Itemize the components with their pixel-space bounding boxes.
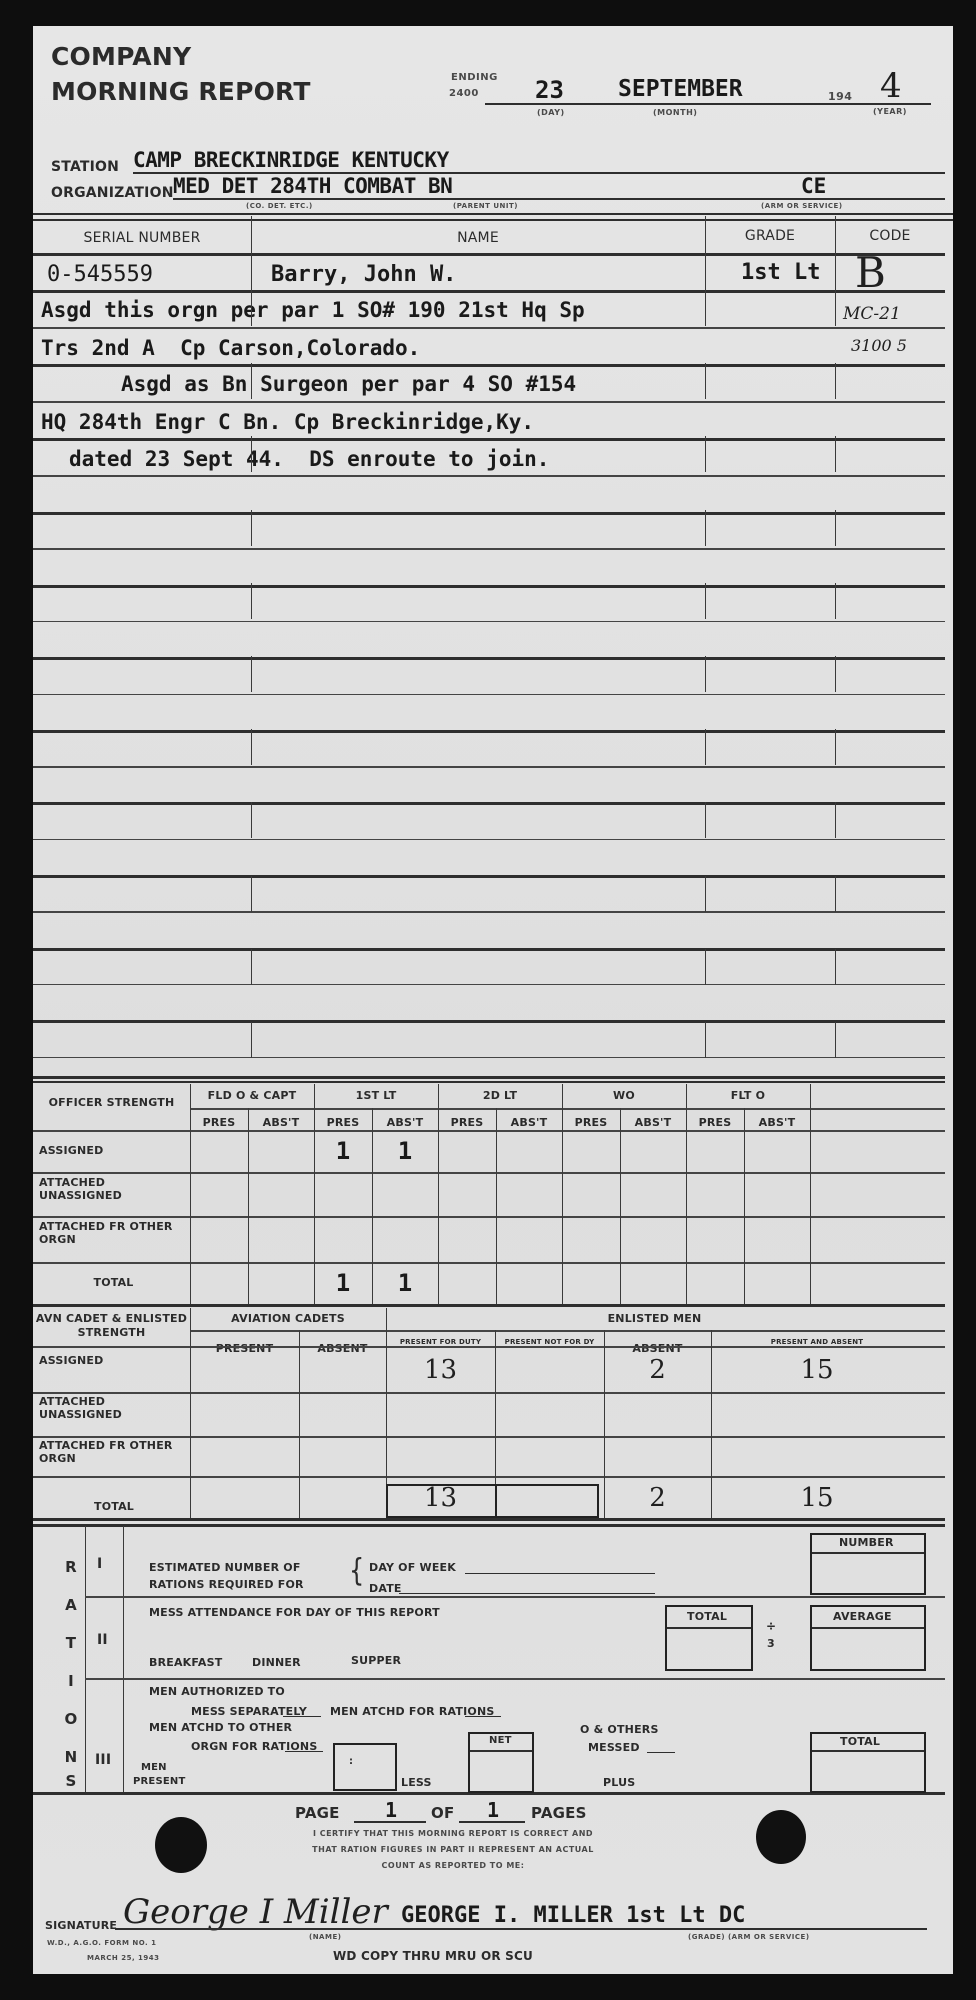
table-rule bbox=[33, 1262, 945, 1264]
arm-service-value: CE bbox=[801, 174, 826, 198]
side-letter: I bbox=[61, 1662, 81, 1700]
column-divider bbox=[835, 510, 836, 546]
day-of-week-field[interactable] bbox=[465, 1573, 655, 1574]
column-divider bbox=[248, 1108, 249, 1304]
atchd-rations-field[interactable] bbox=[465, 1716, 501, 1717]
side-letter: O bbox=[61, 1700, 81, 1738]
column-divider bbox=[705, 1022, 706, 1058]
enlisted-row-label: ASSIGNED bbox=[39, 1354, 189, 1367]
column-divider bbox=[835, 436, 836, 472]
officer-grade: 1st Lt bbox=[741, 260, 820, 285]
year-caption: (YEAR) bbox=[873, 107, 907, 116]
column-divider bbox=[705, 216, 706, 290]
organization-underline bbox=[173, 198, 945, 200]
column-divider bbox=[251, 363, 252, 399]
column-divider bbox=[251, 290, 252, 326]
ruled-line bbox=[33, 948, 945, 951]
rations-rule bbox=[85, 1596, 945, 1598]
plus-label: PLUS bbox=[603, 1776, 635, 1789]
column-divider bbox=[705, 656, 706, 692]
ruled-line bbox=[33, 766, 945, 768]
colon-mark: : bbox=[349, 1756, 353, 1767]
page-label: PAGE bbox=[295, 1804, 340, 1822]
table-rule bbox=[33, 1346, 945, 1348]
part3-text: MEN ATCHD TO OTHER bbox=[149, 1721, 292, 1734]
ruled-line bbox=[33, 730, 945, 733]
enlisted-row-label: TOTAL bbox=[39, 1500, 189, 1513]
ruled-line bbox=[33, 364, 945, 367]
ruled-line bbox=[33, 1020, 945, 1023]
ruled-line bbox=[33, 327, 945, 329]
punch-hole-right bbox=[756, 1810, 806, 1864]
signature-label: SIGNATURE bbox=[45, 1919, 117, 1932]
column-divider bbox=[705, 802, 706, 838]
morning-report-form: COMPANY MORNING REPORT ENDING 2400 23 (D… bbox=[33, 26, 953, 1974]
column-divider bbox=[835, 1022, 836, 1058]
enlisted-cell[interactable]: 2 bbox=[604, 1483, 711, 1513]
ruled-line bbox=[33, 875, 945, 878]
total-pages: 1 bbox=[487, 1798, 499, 1822]
ruled-line bbox=[33, 657, 945, 660]
officer-cell[interactable]: 1 bbox=[314, 1269, 372, 1297]
column-divider bbox=[705, 510, 706, 546]
side-letter: R bbox=[61, 1548, 81, 1586]
dinner-label: DINNER bbox=[252, 1656, 301, 1669]
table-rule bbox=[33, 1476, 945, 1478]
box-rule bbox=[812, 1627, 924, 1629]
ruled-line bbox=[33, 548, 945, 550]
column-divider bbox=[438, 1084, 439, 1304]
code-note: 3100 5 bbox=[851, 336, 907, 355]
part1-text: RATIONS REQUIRED FOR bbox=[149, 1578, 304, 1591]
day-caption: (DAY) bbox=[537, 108, 565, 117]
column-divider bbox=[835, 216, 836, 290]
officer-row-label: TOTAL bbox=[39, 1276, 188, 1289]
column-divider bbox=[251, 729, 252, 765]
part3-text: MEN bbox=[141, 1762, 167, 1773]
column-divider bbox=[251, 656, 252, 692]
breakfast-label: BREAKFAST bbox=[149, 1656, 222, 1669]
serial-number: 0-545559 bbox=[47, 262, 153, 287]
organization-value: MED DET 284TH COMBAT BN bbox=[173, 174, 452, 198]
ruled-line bbox=[33, 401, 945, 403]
day-of-week-label: DAY OF WEEK bbox=[369, 1561, 456, 1574]
table-rule bbox=[33, 1304, 945, 1307]
certification-text: COUNT AS REPORTED TO ME: bbox=[233, 1861, 673, 1870]
ruled-line bbox=[33, 475, 945, 477]
column-divider bbox=[705, 729, 706, 765]
enlisted-row-label: ATTACHED UNASSIGNED bbox=[39, 1395, 189, 1421]
total-label: TOTAL bbox=[687, 1610, 727, 1623]
table-rule bbox=[33, 1518, 945, 1521]
enlisted-cell[interactable]: 13 bbox=[386, 1483, 495, 1513]
column-divider bbox=[835, 802, 836, 838]
column-divider bbox=[835, 876, 836, 912]
officer-subheader: ABS'T bbox=[744, 1116, 810, 1129]
form-title-line2: MORNING REPORT bbox=[51, 77, 311, 107]
grade-caption: (GRADE) (ARM OR SERVICE) bbox=[688, 1933, 810, 1941]
part-numeral: II bbox=[97, 1632, 108, 1648]
table-rule bbox=[33, 1216, 945, 1218]
ruled-line bbox=[33, 621, 945, 623]
ruled-line bbox=[33, 911, 945, 913]
officer-group-header: WO bbox=[562, 1089, 686, 1102]
name-caption: (NAME) bbox=[309, 1933, 341, 1941]
date-label: DATE bbox=[369, 1582, 402, 1595]
column-divider bbox=[496, 1108, 497, 1304]
ruled-line bbox=[33, 438, 945, 441]
page-number: 1 bbox=[385, 1798, 397, 1822]
column-divider bbox=[251, 876, 252, 912]
part-numeral: III bbox=[95, 1752, 111, 1768]
divisor: 3 bbox=[767, 1637, 775, 1650]
side-letter: A bbox=[61, 1586, 81, 1624]
table-rule bbox=[33, 1392, 945, 1394]
remark-line: dated 23 Sept 44. DS enroute to join. bbox=[69, 447, 549, 471]
column-divider bbox=[251, 949, 252, 985]
divide-sign: ÷ bbox=[766, 1619, 776, 1633]
col-name: NAME bbox=[251, 230, 705, 246]
station-label: STATION bbox=[51, 159, 119, 175]
column-divider bbox=[190, 1308, 191, 1518]
col-grade: GRADE bbox=[705, 228, 835, 244]
table-rule bbox=[190, 1330, 945, 1332]
box-rule bbox=[667, 1627, 751, 1629]
brace: { bbox=[349, 1552, 364, 1588]
part3-text: MESSED bbox=[588, 1741, 640, 1754]
officer-subheader: PRES bbox=[190, 1116, 248, 1129]
column-divider bbox=[251, 802, 252, 838]
column-divider bbox=[705, 363, 706, 399]
officer-name: Barry, John W. bbox=[271, 262, 456, 287]
officer-strength-title: OFFICER STRENGTH bbox=[33, 1096, 190, 1110]
others-messed-field[interactable] bbox=[647, 1752, 675, 1753]
rations-rule bbox=[85, 1678, 945, 1680]
caption-co-det: (CO. DET. ETC.) bbox=[246, 202, 313, 210]
ruled-line bbox=[33, 290, 945, 293]
organization-label: ORGANIZATION bbox=[51, 185, 174, 201]
section-rule-2 bbox=[33, 1081, 945, 1083]
table-rule bbox=[190, 1108, 945, 1110]
column-divider bbox=[620, 1108, 621, 1304]
enlisted-men-header: ENLISTED MEN bbox=[386, 1312, 923, 1325]
column-divider bbox=[705, 290, 706, 326]
side-letter: T bbox=[61, 1624, 81, 1662]
column-divider bbox=[251, 436, 252, 472]
signer-name-grade: GEORGE I. MILLER 1st Lt DC bbox=[401, 1903, 745, 1928]
certification-text: I CERTIFY THAT THIS MORNING REPORT IS CO… bbox=[233, 1829, 673, 1838]
officer-cell[interactable]: 1 bbox=[372, 1269, 438, 1297]
report-day: 23 bbox=[535, 76, 564, 104]
box-rule bbox=[812, 1552, 924, 1554]
part1-text: ESTIMATED NUMBER OF bbox=[149, 1561, 301, 1574]
remark-line: Asgd as Bn Surgeon per par 4 SO #154 bbox=[121, 372, 576, 396]
punch-hole-left bbox=[155, 1817, 207, 1873]
of-label: OF bbox=[431, 1804, 454, 1822]
side-letter: S bbox=[61, 1772, 81, 1790]
header-bottom-rule bbox=[33, 253, 945, 256]
officer-subheader: ABS'T bbox=[372, 1116, 438, 1129]
rations-top-rule bbox=[33, 1524, 945, 1527]
column-divider bbox=[835, 290, 836, 326]
caption-arm-service: (ARM OR SERVICE) bbox=[761, 202, 843, 210]
part3-text: PRESENT bbox=[133, 1776, 185, 1787]
men-present-box[interactable] bbox=[333, 1743, 397, 1791]
part3-text: O & OTHERS bbox=[580, 1723, 659, 1736]
header-rule bbox=[33, 213, 953, 215]
form-date: MARCH 25, 1943 bbox=[87, 1954, 160, 1962]
ruled-line bbox=[33, 839, 945, 841]
certification-text: THAT RATION FIGURES IN PART II REPRESENT… bbox=[233, 1845, 673, 1854]
aviation-cadets-header: AVIATION CADETS bbox=[190, 1312, 386, 1325]
mess-attendance-title: MESS ATTENDANCE FOR DAY OF THIS REPORT bbox=[149, 1606, 440, 1619]
column-divider bbox=[299, 1330, 300, 1518]
officer-group-header: 1ST LT bbox=[314, 1089, 438, 1102]
ruled-line bbox=[33, 585, 945, 588]
header-rule-2 bbox=[33, 219, 953, 221]
total-label: TOTAL bbox=[840, 1735, 880, 1748]
officer-subheader: PRES bbox=[686, 1116, 744, 1129]
table-rule bbox=[33, 1130, 945, 1132]
rations-divider bbox=[123, 1526, 124, 1792]
report-month: SEPTEMBER bbox=[618, 76, 743, 102]
caption-parent-unit: (PARENT UNIT) bbox=[453, 202, 518, 210]
mess-separately-field[interactable] bbox=[283, 1716, 321, 1717]
column-divider bbox=[835, 729, 836, 765]
table-rule bbox=[33, 1436, 945, 1438]
enlisted-subheader: ABSENT bbox=[604, 1342, 711, 1356]
column-divider bbox=[190, 1084, 191, 1304]
section-rule bbox=[33, 1076, 945, 1079]
form-title-line1: COMPANY bbox=[51, 42, 191, 72]
station-value: CAMP BRECKINRIDGE KENTUCKY bbox=[133, 148, 449, 172]
officer-subheader: ABS'T bbox=[496, 1116, 562, 1129]
ending-label: ENDING bbox=[451, 72, 498, 83]
enlisted-subheader: ABSENT bbox=[299, 1342, 386, 1356]
ruled-line bbox=[33, 1057, 945, 1059]
enlisted-cell[interactable]: 15 bbox=[711, 1483, 923, 1513]
column-divider bbox=[686, 1084, 687, 1304]
form-number: W.D., A.G.O. FORM NO. 1 bbox=[47, 1939, 157, 1947]
rations-divider bbox=[85, 1526, 86, 1792]
enlisted-subheader: PRESENT bbox=[190, 1342, 299, 1356]
column-divider bbox=[705, 436, 706, 472]
officer-row-label: ASSIGNED bbox=[39, 1144, 188, 1157]
month-caption: (MONTH) bbox=[653, 108, 697, 117]
column-divider bbox=[251, 216, 252, 290]
report-year-digit: 4 bbox=[880, 66, 902, 106]
ruled-line bbox=[33, 984, 945, 986]
number-label: NUMBER bbox=[839, 1536, 894, 1549]
signature-line bbox=[115, 1928, 927, 1930]
table-rule bbox=[33, 1172, 945, 1174]
enlisted-strength-title: AVN CADET & ENLISTED STRENGTH bbox=[33, 1312, 190, 1340]
column-divider bbox=[562, 1084, 563, 1304]
officer-subheader: PRES bbox=[314, 1116, 372, 1129]
officer-subheader: ABS'T bbox=[248, 1116, 314, 1129]
officer-subheader: ABS'T bbox=[620, 1116, 686, 1129]
enlisted-cell[interactable]: 13 bbox=[386, 1355, 495, 1385]
ruled-line bbox=[33, 802, 945, 805]
officer-row-label: ATTACHED UNASSIGNED bbox=[39, 1176, 188, 1202]
date-field[interactable] bbox=[399, 1593, 655, 1594]
pages-label: PAGES bbox=[531, 1804, 587, 1822]
officer-subheader: PRES bbox=[562, 1116, 620, 1129]
supper-label: SUPPER bbox=[351, 1654, 401, 1667]
less-label: LESS bbox=[401, 1776, 432, 1789]
code-note: MC-21 bbox=[843, 304, 901, 324]
col-serial-number: SERIAL NUMBER bbox=[33, 230, 251, 246]
column-divider bbox=[705, 949, 706, 985]
ruled-line bbox=[33, 694, 945, 696]
column-divider bbox=[810, 1084, 811, 1304]
column-divider bbox=[835, 363, 836, 399]
year-prefix: 194 bbox=[828, 90, 852, 103]
wd-copy-note: WD COPY THRU MRU OR SCU bbox=[333, 1949, 533, 1963]
ruled-line bbox=[33, 512, 945, 515]
column-divider bbox=[835, 656, 836, 692]
column-divider bbox=[835, 583, 836, 619]
officer-group-header: 2D LT bbox=[438, 1089, 562, 1102]
col-code: CODE bbox=[835, 228, 945, 244]
box-rule bbox=[812, 1750, 924, 1752]
column-divider bbox=[251, 583, 252, 619]
enlisted-cell[interactable]: 15 bbox=[711, 1355, 923, 1385]
officer-subheader: PRES bbox=[438, 1116, 496, 1129]
officer-cell[interactable]: 1 bbox=[372, 1137, 438, 1165]
remark-line: HQ 284th Engr C Bn. Cp Breckinridge,Ky. bbox=[41, 410, 534, 434]
officer-row-label: ATTACHED FR OTHER ORGN bbox=[39, 1220, 188, 1246]
handwritten-signature: George I Miller bbox=[123, 1892, 388, 1932]
enlisted-cell[interactable]: 2 bbox=[604, 1355, 711, 1385]
column-divider bbox=[495, 1484, 497, 1518]
part3-text: MEN AUTHORIZED TO bbox=[149, 1685, 285, 1698]
officer-cell[interactable]: 1 bbox=[314, 1137, 372, 1165]
orgn-rations-field[interactable] bbox=[285, 1751, 323, 1752]
column-divider bbox=[251, 1022, 252, 1058]
column-divider bbox=[251, 510, 252, 546]
column-divider bbox=[705, 583, 706, 619]
column-divider bbox=[835, 949, 836, 985]
ending-time: 2400 bbox=[449, 88, 479, 99]
net-label: NET bbox=[489, 1735, 512, 1746]
side-letter: N bbox=[61, 1738, 81, 1776]
officer-group-header: FLD O & CAPT bbox=[190, 1089, 314, 1102]
part-numeral: I bbox=[97, 1556, 102, 1572]
average-label: AVERAGE bbox=[833, 1610, 892, 1623]
column-divider bbox=[705, 876, 706, 912]
officer-group-header: FLT O bbox=[686, 1089, 810, 1102]
column-divider bbox=[744, 1108, 745, 1304]
enlisted-row-label: ATTACHED FR OTHER ORGN bbox=[39, 1439, 189, 1465]
box-rule bbox=[470, 1750, 532, 1752]
remark-line: Trs 2nd A Cp Carson,Colorado. bbox=[41, 336, 420, 360]
remark-line: Asgd this orgn per par 1 SO# 190 21st Hq… bbox=[41, 298, 585, 322]
rations-side-letters: R A T I O N bbox=[61, 1548, 81, 1776]
